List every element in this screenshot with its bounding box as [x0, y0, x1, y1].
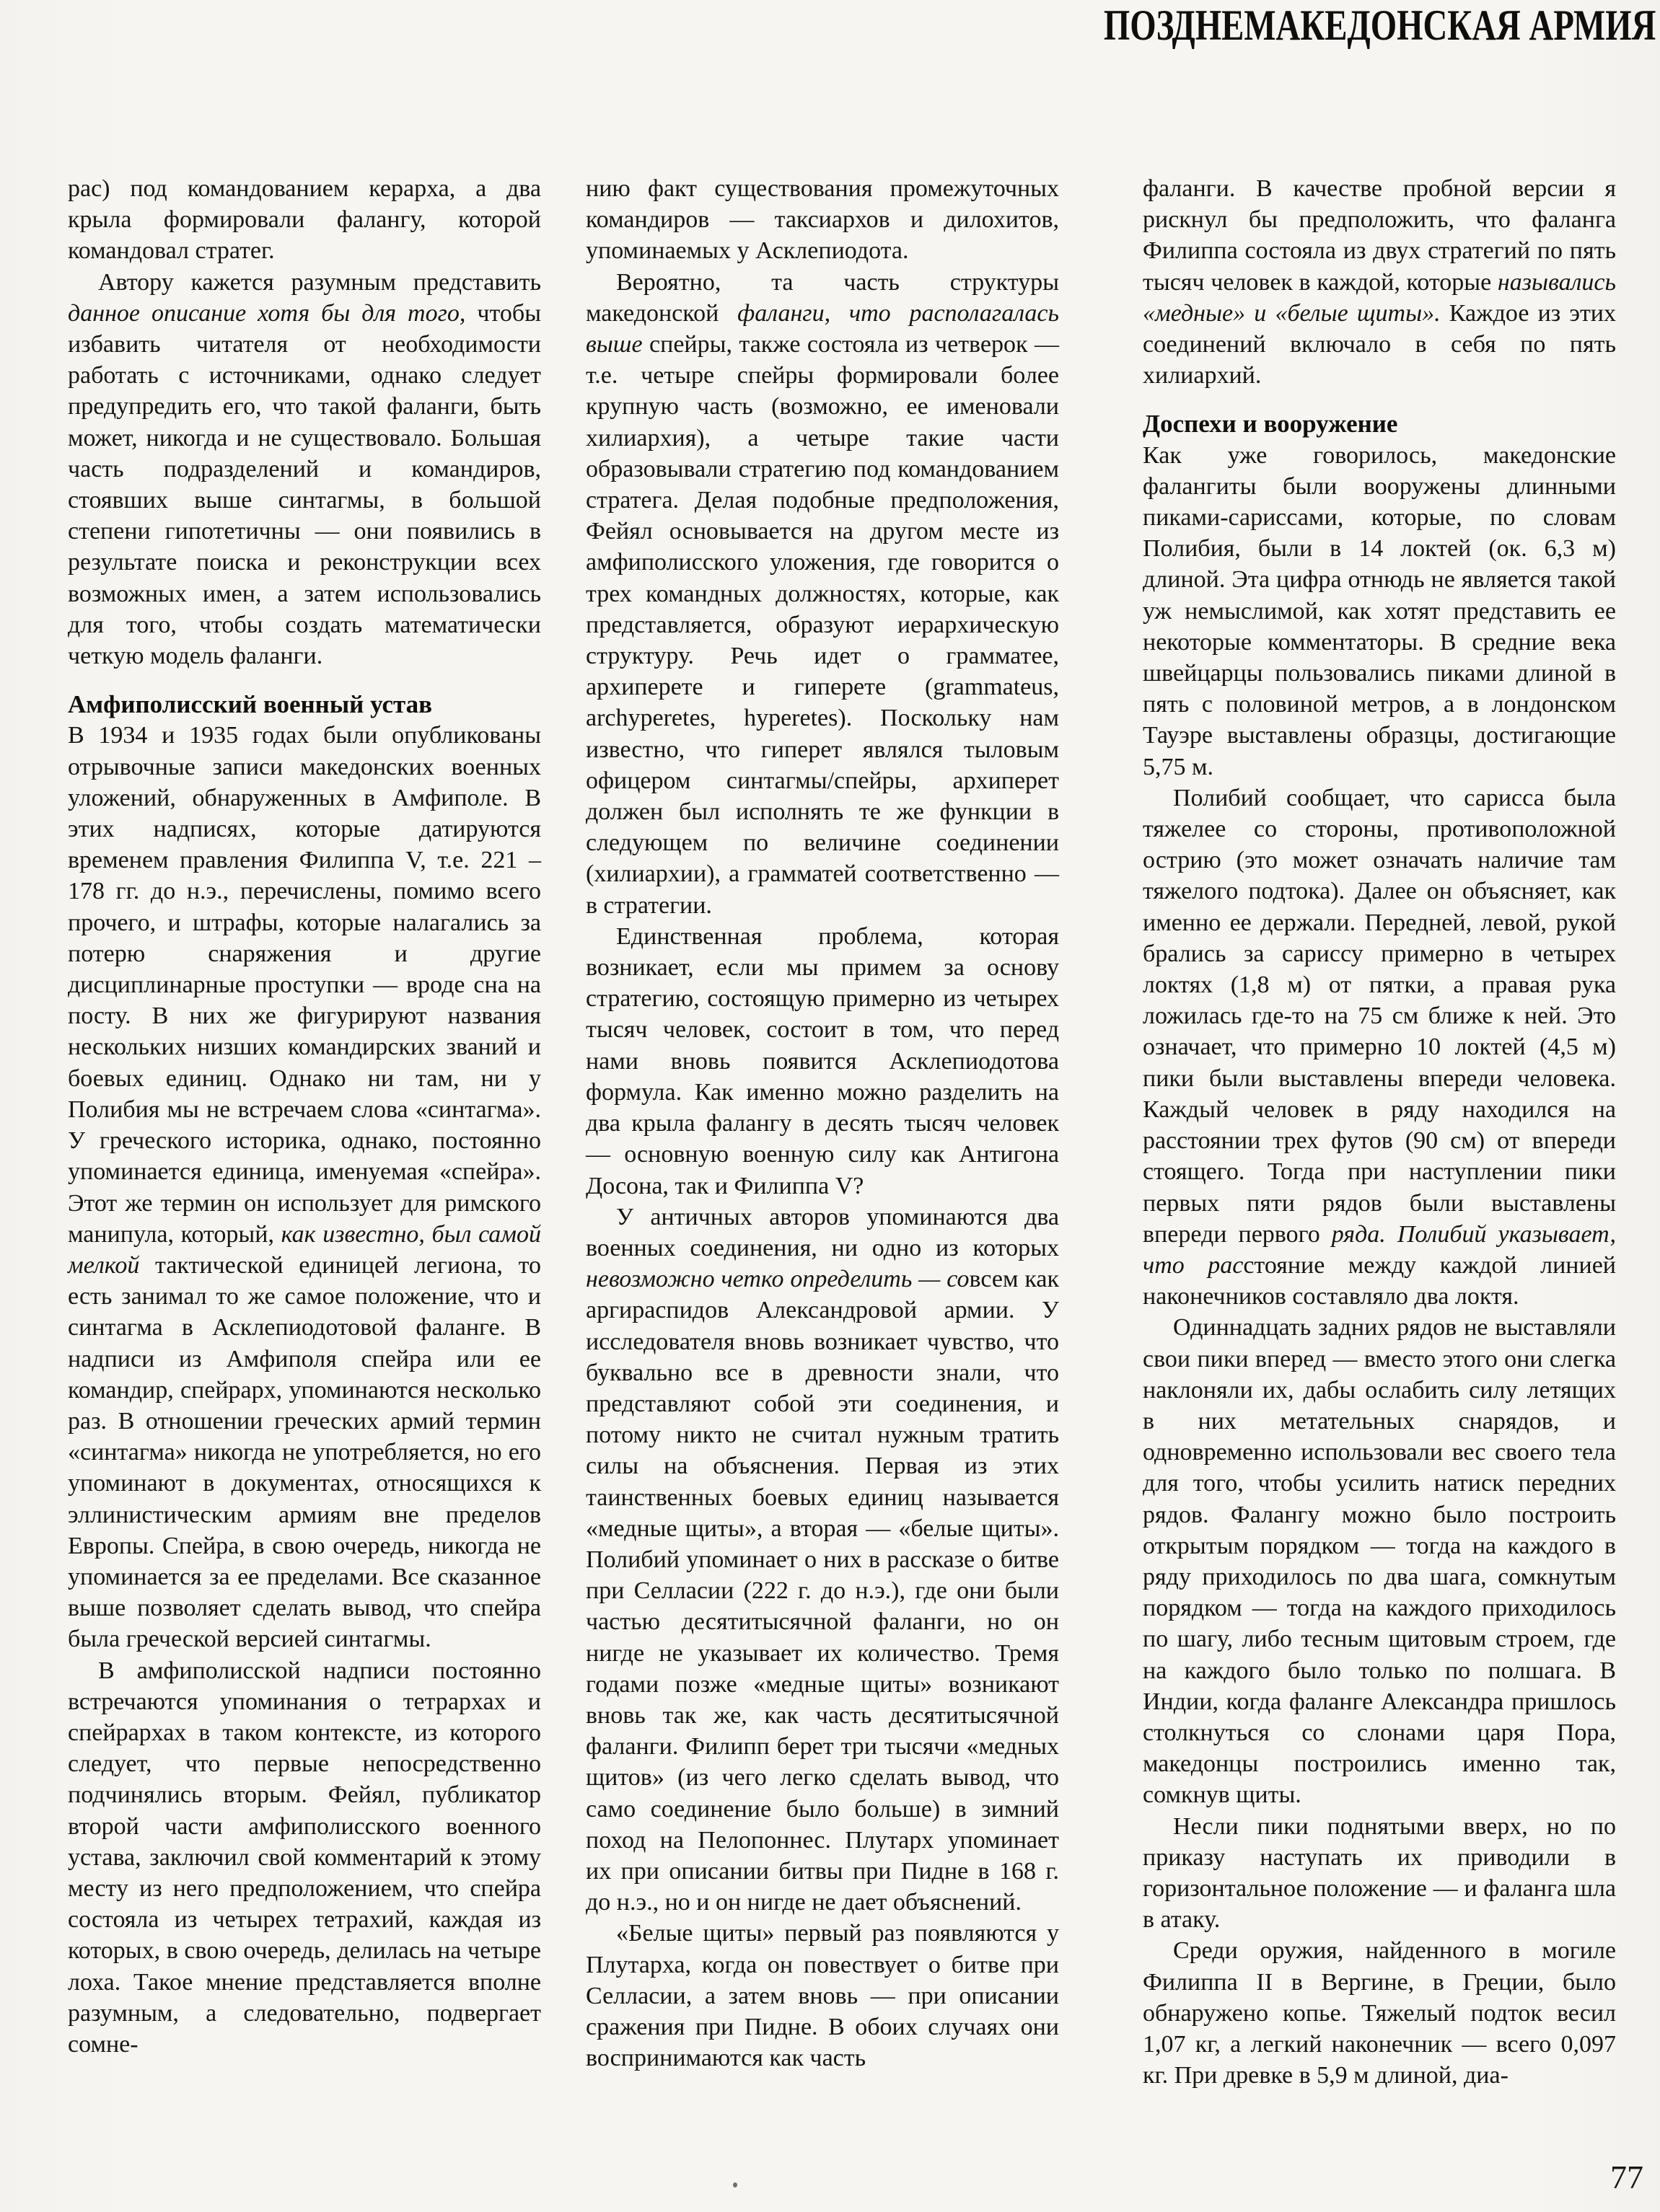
paragraph: Одиннадцать задних рядов не выставляли с…	[1143, 1312, 1616, 1810]
text-segment: Как уже говорилось, македонские фалангит…	[1143, 442, 1616, 780]
paragraph: Как уже говорилось, македонские фалангит…	[1143, 440, 1616, 783]
paragraph: Полибий сообщает, что сарисса была тяжел…	[1143, 783, 1616, 1312]
text-segment: У античных авторов упоминаются два военн…	[586, 1204, 1059, 1261]
text-segment: рас) под командованием керарха, а два кр…	[68, 175, 541, 264]
paragraph: У античных авторов упоминаются два военн…	[586, 1202, 1059, 1918]
text-segment: Одиннадцать задних рядов не выставляли с…	[1143, 1314, 1616, 1808]
section-heading: Амфиполисский военный устав	[68, 689, 541, 720]
text-column-2: нию факт существования промежуточных ком…	[586, 173, 1059, 2074]
paragraph: «Белые щиты» первый раз появляются у Плу…	[586, 1918, 1059, 2074]
paragraph: Среди оружия, найденного в могиле Филипп…	[1143, 1935, 1616, 2091]
text-segment: Несли пики поднятыми вверх, но по приказ…	[1143, 1813, 1616, 1934]
text-segment: Единственная проблема, которая возникает…	[586, 923, 1059, 1199]
paragraph: нию факт существования промежуточных ком…	[586, 173, 1059, 267]
paragraph: рас) под командованием керарха, а два кр…	[68, 173, 541, 267]
text-segment: Автору кажется разумным представить	[98, 269, 541, 296]
scanned-book-page: ПОЗДНЕМАКЕДОНСКАЯ АРМИЯ рас) под командо…	[0, 0, 1660, 2212]
paragraph: Вероятно, та часть структуры македонской…	[586, 267, 1059, 921]
italic-text-segment: данное описание хотя бы для того,	[68, 300, 465, 327]
section-heading: Доспехи и вооружение	[1143, 408, 1616, 439]
text-segment: Полибий сообщает, что сарисса была тяжел…	[1143, 785, 1616, 1248]
text-column-3: фаланги. В качестве пробной версии я рис…	[1143, 173, 1616, 2091]
ink-speck	[733, 2182, 737, 2187]
text-segment: спейры, также состояла из четверок — т.е…	[586, 331, 1059, 919]
text-segment: всем как аргираспидов Александровой арми…	[586, 1266, 1059, 1916]
paragraph: Автору кажется разумным представить данн…	[68, 267, 541, 672]
italic-text-segment: невозможно четко определить — со	[586, 1266, 970, 1292]
text-segment: В амфиполисской надписи постоянно встреч…	[68, 1657, 541, 2058]
paragraph: Единственная проблема, которая возникает…	[586, 921, 1059, 1202]
text-segment: В 1934 и 1935 годах были опубликованы от…	[68, 722, 541, 1247]
paragraph: В амфиполисской надписи постоянно встреч…	[68, 1655, 541, 2061]
page-number: 77	[1610, 2158, 1643, 2196]
text-segment: чтобы избавить читателя от необходимости…	[68, 300, 541, 669]
text-segment: нию факт существования промежуточных ком…	[586, 175, 1059, 264]
paragraph: В 1934 и 1935 годах были опубликованы от…	[68, 720, 541, 1654]
text-segment: тактической единицей легиона, то есть за…	[68, 1252, 541, 1652]
paragraph: Несли пики поднятыми вверх, но по приказ…	[1143, 1811, 1616, 1936]
paragraph: фаланги. В качестве пробной версии я рис…	[1143, 173, 1616, 391]
text-segment: «Белые щиты» первый раз появляются у Плу…	[586, 1920, 1059, 2071]
text-segment: Среди оружия, найденного в могиле Филипп…	[1143, 1937, 1616, 2089]
text-column-1: рас) под командованием керарха, а два кр…	[68, 173, 541, 2060]
page-header-title: ПОЗДНЕМАКЕДОНСКАЯ АРМИЯ	[1104, 3, 1656, 48]
